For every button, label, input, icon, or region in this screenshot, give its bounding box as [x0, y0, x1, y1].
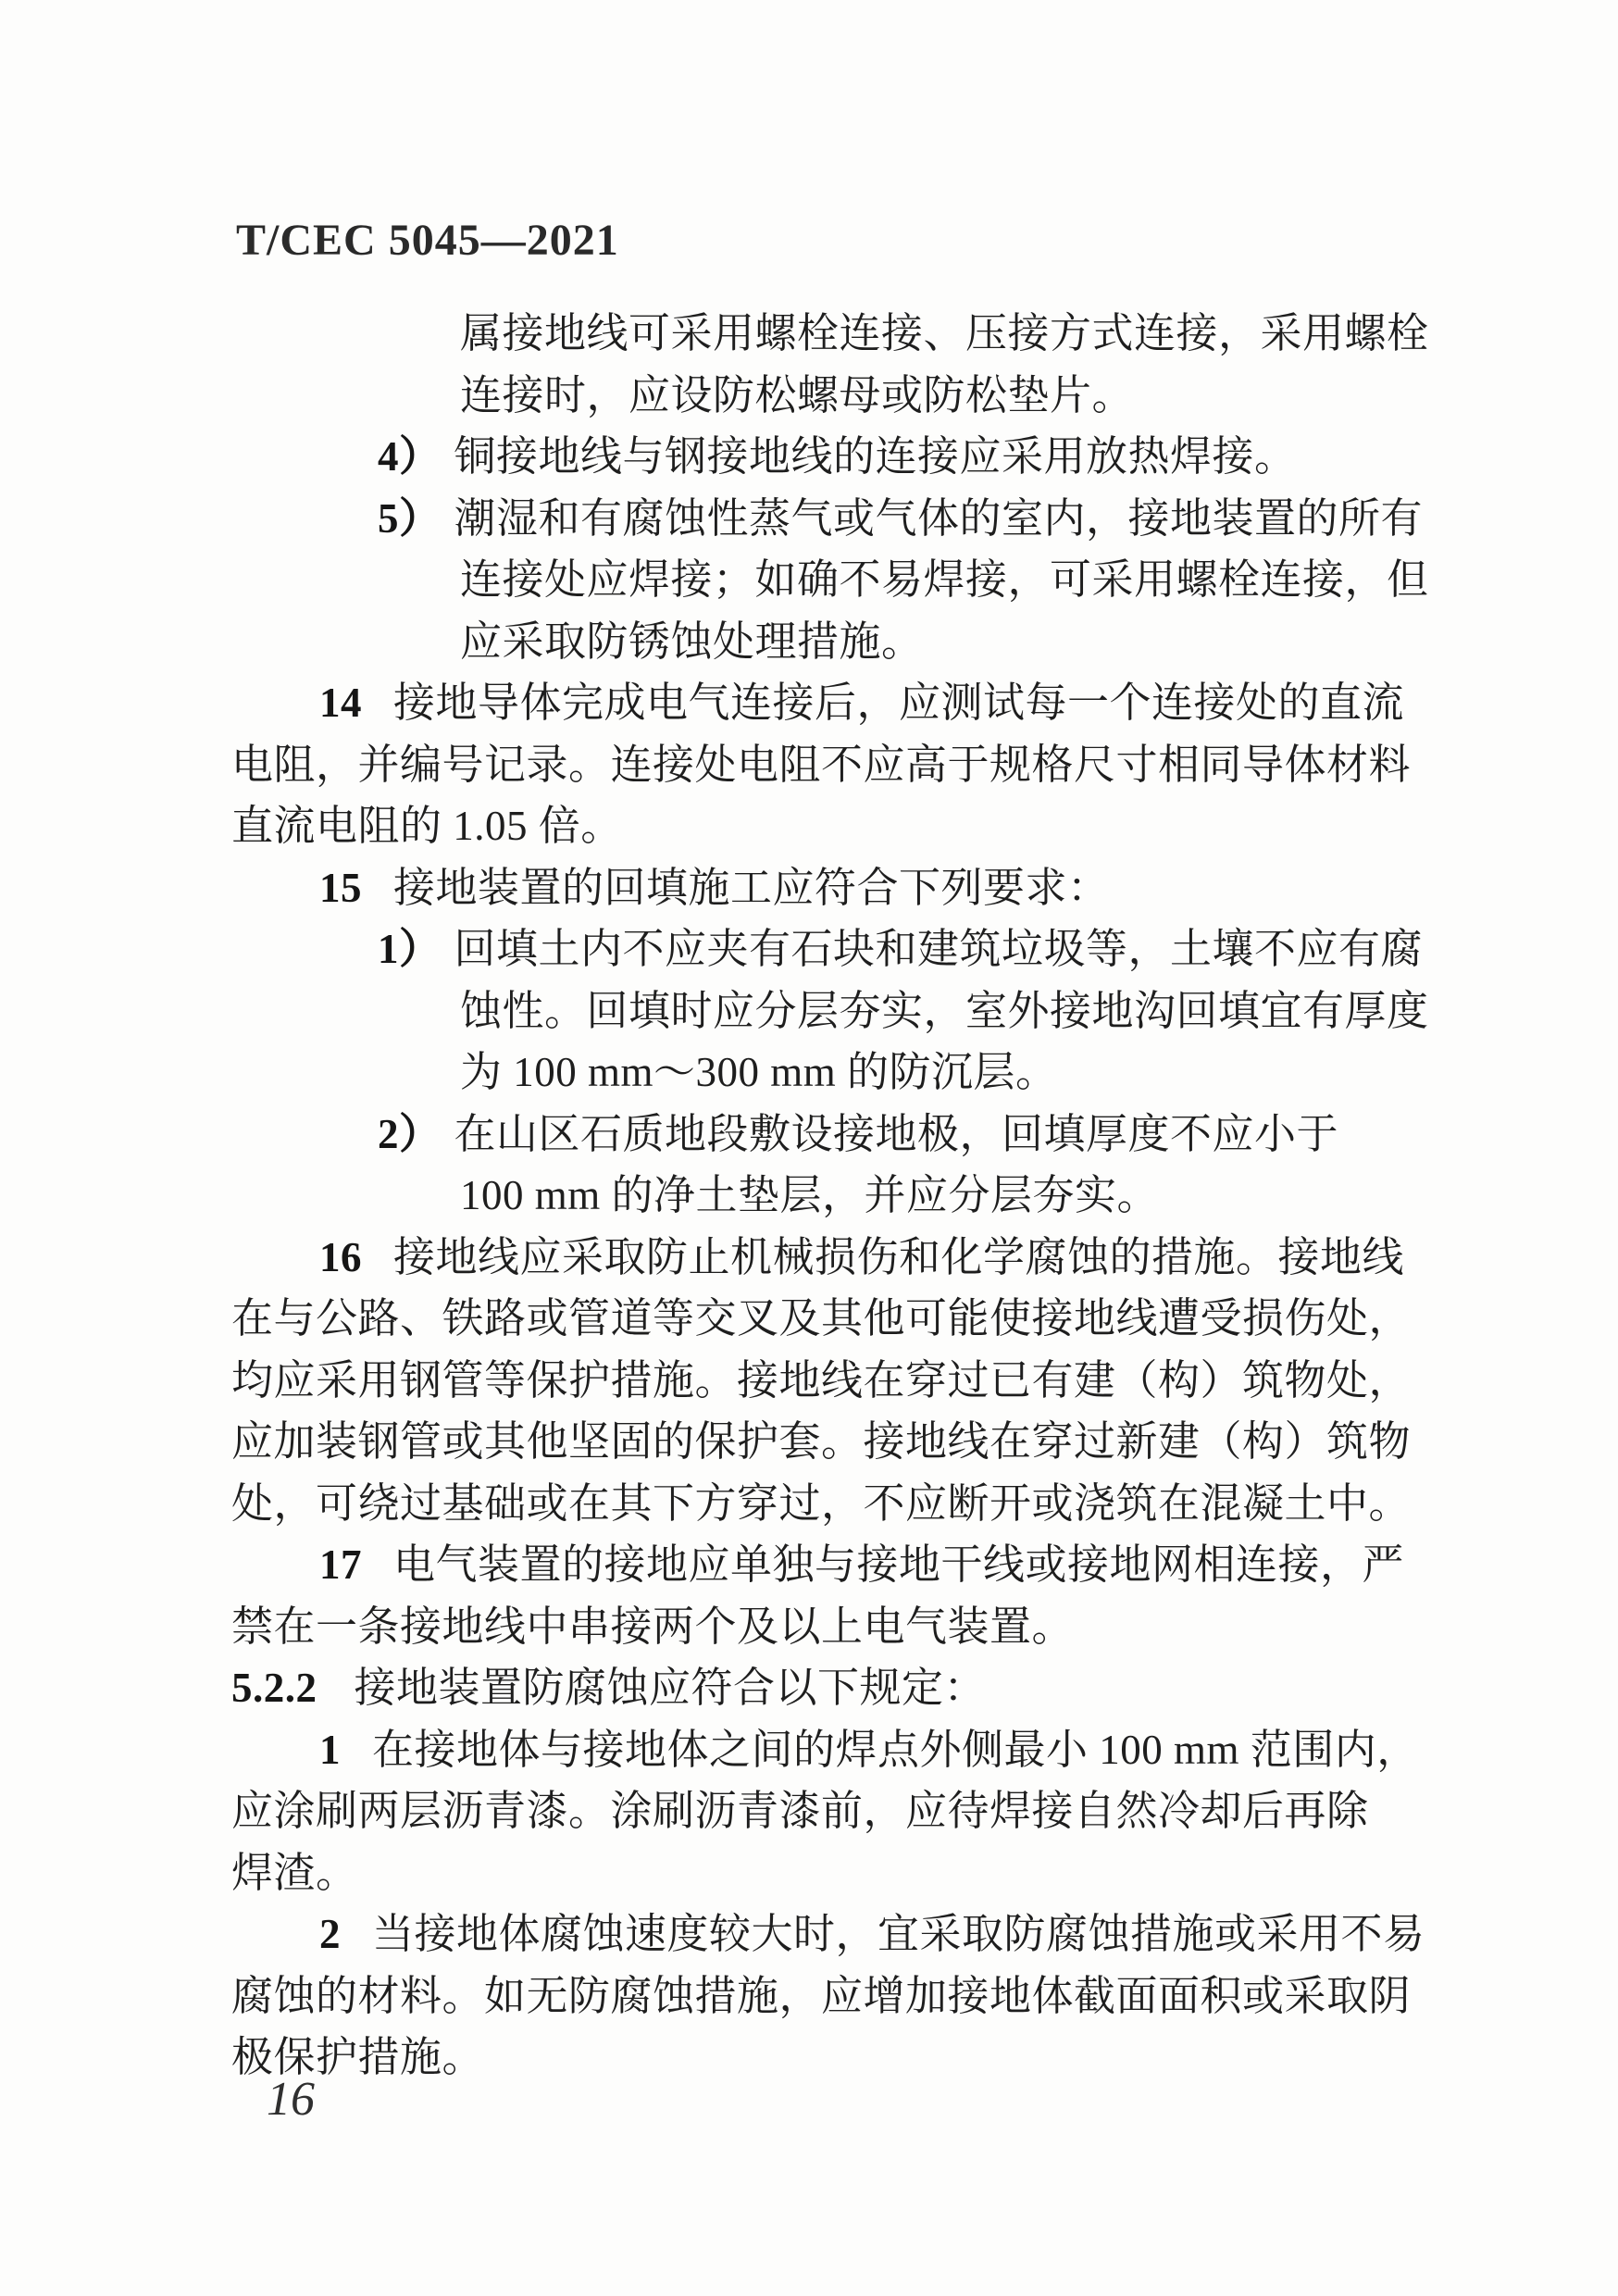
text-line: 1在接地体与接地体之间的焊点外侧最小 100 mm 范围内， — [0, 1719, 1618, 1781]
text-line: 均应采用钢管等保护措施。接地线在穿过已有建（构）筑物处， — [0, 1350, 1618, 1412]
line-text: 焊渣。 — [231, 1850, 358, 1896]
text-line: 禁在一条接地线中串接两个及以上电气装置。 — [0, 1596, 1618, 1658]
line-text: 接地线应采取防止机械损伤和化学腐蚀的措施。接地线 — [393, 1234, 1404, 1280]
text-line: 属接地线可采用螺栓连接、压接方式连接，采用螺栓 — [0, 303, 1618, 365]
line-text: 均应采用钢管等保护措施。接地线在穿过已有建（构）筑物处， — [231, 1357, 1411, 1404]
text-line: 连接处应焊接；如确不易焊接，可采用螺栓连接，但 — [0, 549, 1618, 611]
line-text: 电气装置的接地应单独与接地干线或接地网相连接，严 — [393, 1541, 1404, 1588]
text-line: 100 mm 的净土垫层，并应分层夯实。 — [0, 1165, 1618, 1227]
line-text: 处，可绕过基础或在其下方穿过，不应断开或浇筑在混凝土中。 — [231, 1480, 1411, 1527]
line-marker: 2） — [378, 1111, 442, 1157]
text-line: 5）潮湿和有腐蚀性蒸气或气体的室内，接地装置的所有 — [0, 488, 1618, 550]
line-marker: 15 — [319, 865, 362, 911]
text-line: 应加装钢管或其他坚固的保护套。接地线在穿过新建（构）筑物 — [0, 1411, 1618, 1473]
text-line: 焊渣。 — [0, 1842, 1618, 1904]
line-text: 当接地体腐蚀速度较大时，宜采取防腐蚀措施或采用不易 — [372, 1911, 1425, 1957]
line-marker: 1） — [378, 926, 442, 972]
line-text: 100 mm 的净土垫层，并应分层夯实。 — [460, 1172, 1159, 1218]
line-text: 禁在一条接地线中串接两个及以上电气装置。 — [231, 1603, 1074, 1650]
line-text: 应涂刷两层沥青漆。涂刷沥青漆前，应待焊接自然冷却后再除 — [231, 1788, 1369, 1834]
text-line: 5.2.2接地装置防腐蚀应符合以下规定： — [0, 1657, 1618, 1719]
text-line: 直流电阻的 1.05 倍。 — [0, 795, 1618, 857]
line-text: 应加装钢管或其他坚固的保护套。接地线在穿过新建（构）筑物 — [231, 1418, 1411, 1465]
line-text: 属接地线可采用螺栓连接、压接方式连接，采用螺栓 — [460, 310, 1429, 356]
text-line: 2）在山区石质地段敷设接地极，回填厚度不应小于 — [0, 1104, 1618, 1166]
line-text: 接地装置防腐蚀应符合以下规定： — [355, 1665, 987, 1711]
line-text: 连接处应焊接；如确不易焊接，可采用螺栓连接，但 — [460, 556, 1429, 603]
line-marker: 5.2.2 — [231, 1665, 317, 1711]
line-text: 应采取防锈蚀处理措施。 — [460, 618, 924, 665]
text-line: 为 100 mm～300 mm 的防沉层。 — [0, 1042, 1618, 1104]
text-line: 1）回填土内不应夹有石块和建筑垃圾等，土壤不应有腐 — [0, 918, 1618, 980]
line-marker: 2 — [319, 1911, 341, 1957]
line-text: 潮湿和有腐蚀性蒸气或气体的室内，接地装置的所有 — [454, 495, 1424, 542]
line-marker: 5） — [378, 495, 442, 542]
line-text: 铜接地线与钢接地线的连接应采用放热焊接。 — [454, 433, 1297, 480]
line-text: 在接地体与接地体之间的焊点外侧最小 100 mm 范围内， — [372, 1727, 1419, 1773]
text-line: 应采取防锈蚀处理措施。 — [0, 611, 1618, 673]
text-line: 在与公路、铁路或管道等交叉及其他可能使接地线遭受损伤处， — [0, 1288, 1618, 1350]
text-line: 17电气装置的接地应单独与接地干线或接地网相连接，严 — [0, 1534, 1618, 1596]
line-text: 直流电阻的 1.05 倍。 — [231, 803, 623, 849]
text-line: 应涂刷两层沥青漆。涂刷沥青漆前，应待焊接自然冷却后再除 — [0, 1780, 1618, 1842]
line-text: 为 100 mm～300 mm 的防沉层。 — [460, 1049, 1058, 1095]
line-text: 回填土内不应夹有石块和建筑垃圾等，土壤不应有腐 — [454, 926, 1424, 972]
text-line: 15接地装置的回填施工应符合下列要求： — [0, 857, 1618, 919]
text-line: 电阻，并编号记录。连接处电阻不应高于规格尺寸相同导体材料 — [0, 734, 1618, 796]
text-line: 极保护措施。 — [0, 2027, 1618, 2089]
text-line: 2当接地体腐蚀速度较大时，宜采取防腐蚀措施或采用不易 — [0, 1903, 1618, 1965]
line-text: 蚀性。回填时应分层夯实，室外接地沟回填宜有厚度 — [460, 988, 1429, 1034]
line-text: 电阻，并编号记录。连接处电阻不应高于规格尺寸相同导体材料 — [231, 742, 1411, 788]
line-marker: 1 — [319, 1727, 341, 1773]
document-page: T/CEC 5045—2021 属接地线可采用螺栓连接、压接方式连接，采用螺栓连… — [0, 0, 1618, 2296]
text-line: 连接时，应设防松螺母或防松垫片。 — [0, 365, 1618, 427]
line-text: 在与公路、铁路或管道等交叉及其他可能使接地线遭受损伤处， — [231, 1295, 1411, 1341]
page-number: 16 — [267, 2072, 315, 2127]
line-text: 连接时，应设防松螺母或防松垫片。 — [460, 372, 1134, 418]
line-text: 在山区石质地段敷设接地极，回填厚度不应小于 — [454, 1111, 1339, 1157]
text-line: 处，可绕过基础或在其下方穿过，不应断开或浇筑在混凝土中。 — [0, 1473, 1618, 1535]
line-text: 接地导体完成电气连接后，应测试每一个连接处的直流 — [393, 680, 1404, 726]
running-header: T/CEC 5045—2021 — [236, 215, 619, 266]
text-line: 腐蚀的材料。如无防腐蚀措施，应增加接地体截面面积或采取阴 — [0, 1965, 1618, 2028]
line-text: 接地装置的回填施工应符合下列要求： — [393, 865, 1110, 911]
line-marker: 16 — [319, 1234, 362, 1280]
document-body: 属接地线可采用螺栓连接、压接方式连接，采用螺栓连接时，应设防松螺母或防松垫片。4… — [0, 303, 1618, 2089]
line-marker: 14 — [319, 680, 362, 726]
text-line: 4）铜接地线与钢接地线的连接应采用放热焊接。 — [0, 426, 1618, 488]
text-line: 16接地线应采取防止机械损伤和化学腐蚀的措施。接地线 — [0, 1227, 1618, 1289]
line-text: 腐蚀的材料。如无防腐蚀措施，应增加接地体截面面积或采取阴 — [231, 1973, 1411, 2019]
line-marker: 4） — [378, 433, 442, 480]
text-line: 蚀性。回填时应分层夯实，室外接地沟回填宜有厚度 — [0, 980, 1618, 1042]
line-marker: 17 — [319, 1541, 362, 1588]
text-line: 14接地导体完成电气连接后，应测试每一个连接处的直流 — [0, 672, 1618, 734]
